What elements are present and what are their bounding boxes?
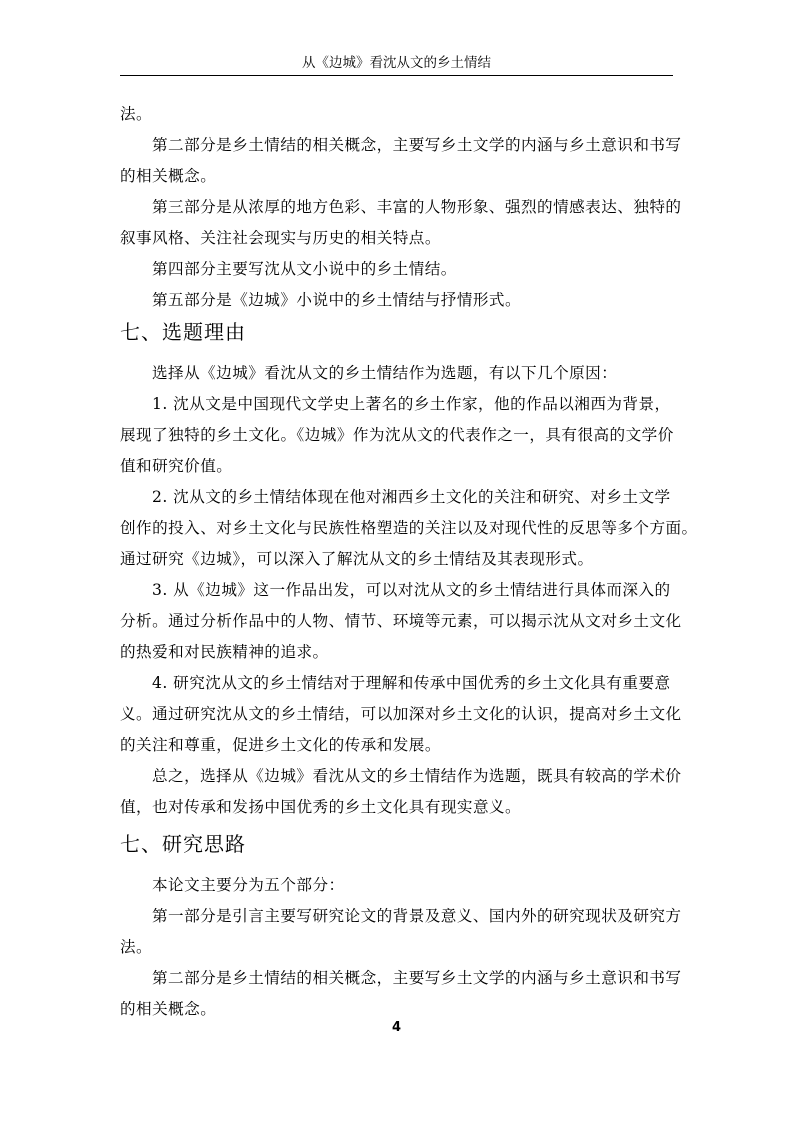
paragraph-line: 的关注和尊重，促进乡土文化的传承和发展。	[120, 735, 441, 755]
section-heading-research-approach: 七、研究思路	[120, 831, 246, 857]
paragraph-line: 选择从《边城》看沈从文的乡土情结作为选题，有以下几个原因：	[152, 363, 617, 383]
section-heading-topic-reason: 七、选题理由	[120, 319, 246, 345]
paragraph-line: 第二部分是乡土情结的相关概念，主要写乡土文学的内涵与乡土意识和书写	[152, 968, 681, 988]
paragraph-line: 3. 从《边城》这一作品出发，可以对沈从文的乡土情结进行具体而深入的	[152, 580, 671, 600]
paragraph-line: 总之，选择从《边城》看沈从文的乡土情结作为选题，既具有较高的学术价	[152, 766, 681, 786]
paragraph-line: 的相关概念。	[120, 999, 216, 1019]
paragraph-line: 法。	[120, 937, 152, 957]
paragraph-line: 4. 研究沈从文的乡土情结对于理解和传承中国优秀的乡土文化具有重要意	[152, 673, 671, 693]
paragraph-line: 创作的投入、对乡土文化与民族性格塑造的关注以及对现代性的反思等多个方面。	[120, 518, 698, 538]
paragraph-line: 通过研究《边城》，可以深入了解沈从文的乡土情结及其表现形式。	[120, 549, 594, 569]
paragraph-line: 值，也对传承和发扬中国优秀的乡土文化具有现实意义。	[120, 797, 521, 817]
paragraph-line: 的热爱和对民族精神的追求。	[120, 642, 329, 662]
paragraph-line: 1. 沈从文是中国现代文学史上著名的乡土作家，他的作品以湘西为背景，	[152, 394, 671, 414]
paragraph-line: 叙事风格、关注社会现实与历史的相关特点。	[120, 228, 441, 248]
header-rule	[120, 75, 673, 76]
paragraph-line: 值和研究价值。	[120, 456, 232, 476]
paragraph-line: 第二部分是乡土情结的相关概念，主要写乡土文学的内涵与乡土意识和书写	[152, 135, 681, 155]
paragraph-line: 分析。通过分析作品中的人物、情节、环境等元素，可以揭示沈从文对乡土文化	[120, 611, 682, 631]
paragraph-line: 义。通过研究沈从文的乡土情结，可以加深对乡土文化的认识，提高对乡土文化	[120, 704, 682, 724]
paragraph-line: 展现了独特的乡土文化。《边城》作为沈从文的代表作之一，具有很高的文学价	[120, 425, 674, 445]
page-number: 4	[0, 1020, 793, 1036]
paragraph-line: 第三部分是从浓厚的地方色彩、丰富的人物形象、强烈的情感表达、独特的	[152, 197, 681, 217]
paragraph-line: 第四部分主要写沈从文小说中的乡土情结。	[152, 259, 457, 279]
running-header: 从《边城》看沈从文的乡土情结	[120, 54, 673, 72]
paragraph-line: 本论文主要分为五个部分：	[152, 875, 345, 895]
paragraph-line: 第一部分是引言主要写研究论文的背景及意义、国内外的研究现状及研究方	[152, 906, 681, 926]
paragraph-line: 法。	[120, 104, 152, 124]
paragraph-line: 的相关概念。	[120, 166, 216, 186]
paragraph-line: 2. 沈从文的乡土情结体现在他对湘西乡土文化的关注和研究、对乡土文学	[152, 487, 671, 507]
paragraph-line: 第五部分是《边城》小说中的乡土情结与抒情形式。	[152, 290, 521, 310]
